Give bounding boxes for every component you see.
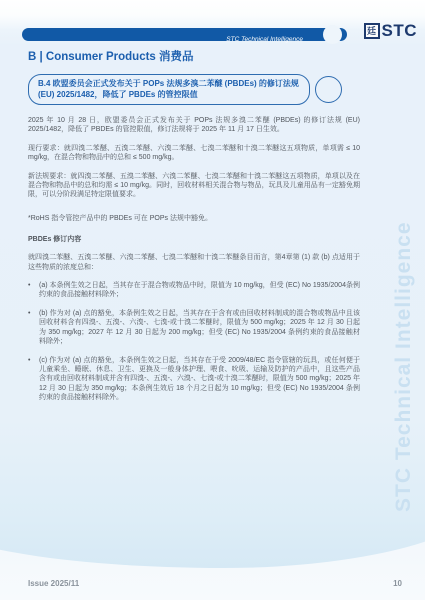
bullet-marker: • (28, 309, 39, 347)
banner-notch (323, 25, 342, 44)
bullet-marker: • (28, 281, 39, 300)
footer-issue: Issue 2025/11 (28, 579, 79, 588)
headline-circle (315, 76, 342, 103)
section-title: B | Consumer Products 消费品 (28, 48, 360, 64)
content-area: B | Consumer Products 消费品 B.4 欧盟委员会正式发布关… (28, 48, 360, 412)
paragraph-current-requirements: 现行要求：就四溴二苯醚、五溴二苯醚、六溴二苯醚、七溴二苯醚和十溴二苯醚这五项物质… (28, 144, 360, 163)
paragraph-rohs-note: *RoHS 指令管控产品中的 PBDEs 可在 POPs 法规中豁免。 (28, 214, 360, 223)
revision-intro: 就四溴二苯醚、五溴二苯醚、六溴二苯醚、七溴二苯醚和十溴二苯醚条目而言，第4章第 … (28, 253, 360, 272)
list-item-text: (b) 作为对 (a) 点的豁免，本条例生效之日起，当其存在于含有或由回收材料制… (39, 309, 360, 347)
list-item-text: (c) 作为对 (a) 点的豁免，本条例生效之日起，当其存在于受 2009/48… (39, 356, 360, 403)
header-banner: STC Technical Intelligence (22, 28, 347, 41)
stc-logo-text: STC (382, 21, 418, 41)
stc-logo: 廷 STC (364, 21, 418, 41)
headline-text: B.4 欧盟委员会正式发布关于 POPs 法规多溴二苯醚 (PBDEs) 的修订… (38, 79, 299, 99)
list-item: • (b) 作为对 (a) 点的豁免，本条例生效之日起，当其存在于含有或由回收材… (28, 309, 360, 347)
paragraph-effective-date: 2025 年 10 月 28 日，欧盟委员会正式发布关于 POPs 法规多溴二苯… (28, 116, 360, 135)
paragraph-new-requirements: 新法规要求：就四溴二苯醚、五溴二苯醚、六溴二苯醚、七溴二苯醚和十溴二苯醚这五项物… (28, 172, 360, 200)
stc-logo-mark-icon: 廷 (364, 23, 380, 39)
headline-row: B.4 欧盟委员会正式发布关于 POPs 法规多溴二苯醚 (PBDEs) 的修订… (28, 74, 360, 105)
bullet-marker: • (28, 356, 39, 403)
page: STC Technical Intelligence STC Technical… (0, 0, 425, 600)
article-body: 2025 年 10 月 28 日，欧盟委员会正式发布关于 POPs 法规多溴二苯… (28, 116, 360, 403)
list-item-text: (a) 本条例生效之日起，当其存在于混合物或物品中时，限值为 10 mg/kg，… (39, 281, 360, 300)
footer-page-number: 10 (393, 579, 402, 588)
revision-heading: PBDEs 修订内容 (28, 234, 360, 244)
banner-title: STC Technical Intelligence (226, 36, 303, 43)
headline-box: B.4 欧盟委员会正式发布关于 POPs 法规多溴二苯醚 (PBDEs) 的修订… (28, 74, 310, 105)
watermark-text: STC Technical Intelligence (392, 98, 416, 512)
page-footer: Issue 2025/11 10 (28, 579, 402, 588)
list-item: • (c) 作为对 (a) 点的豁免，本条例生效之日起，当其存在于受 2009/… (28, 356, 360, 403)
list-item: • (a) 本条例生效之日起，当其存在于混合物或物品中时，限值为 10 mg/k… (28, 281, 360, 300)
